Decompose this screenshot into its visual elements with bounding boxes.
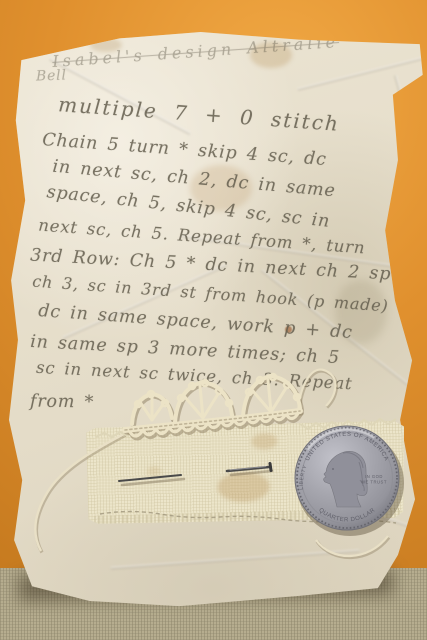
paper-crease xyxy=(110,549,360,569)
swatch-stain xyxy=(251,433,277,450)
swatch-stain xyxy=(311,443,342,464)
pattern-note-paper: Isabel's design Altralie Bell multiple 7… xyxy=(0,0,427,640)
handwritten-line: from * xyxy=(30,391,94,412)
handwritten-line: Bell xyxy=(36,67,67,84)
handwritten-line: multiple 7 + 0 stitch xyxy=(58,92,341,136)
swatch-stain xyxy=(217,471,270,502)
fabric-swatch xyxy=(86,420,406,526)
swatch-stain xyxy=(147,466,161,476)
photo-scene: Isabel's design Altralie Bell multiple 7… xyxy=(0,0,427,640)
